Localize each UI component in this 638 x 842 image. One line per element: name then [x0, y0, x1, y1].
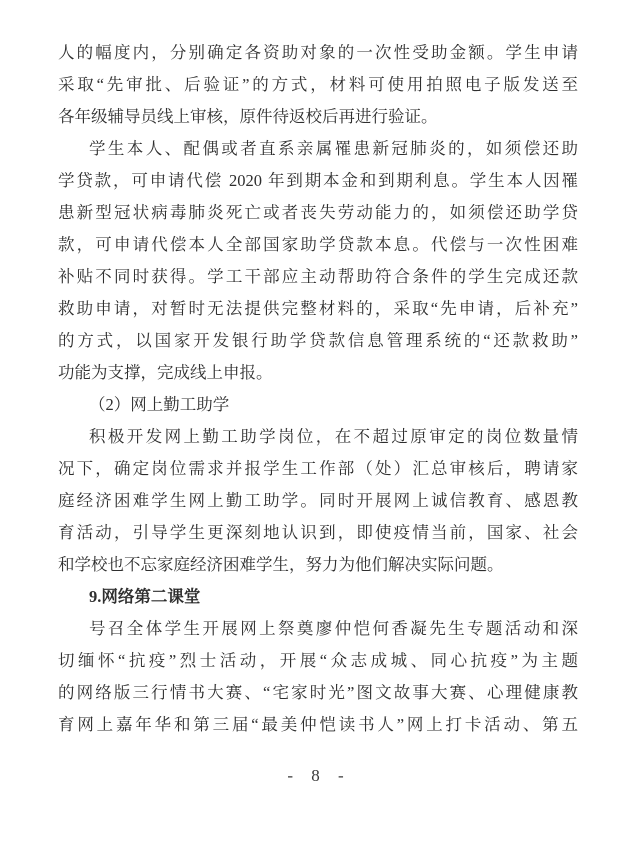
text-line: 款，可申请代偿本人全部国家助学贷款本息。代偿与一次性困难	[58, 229, 578, 261]
text-line: 的网络版三行情书大赛、“宅家时光”图文故事大赛、心理健康教	[58, 677, 578, 709]
text-line: 人的幅度内，分别确定各资助对象的一次性受助金额。学生申请	[58, 37, 578, 69]
document-text-block: 人的幅度内，分别确定各资助对象的一次性受助金额。学生申请采取“先审批、后验证”的…	[58, 37, 578, 741]
text-line: 患新型冠状病毒肺炎死亡或者丧失劳动能力的，如须偿还助学贷	[58, 197, 578, 229]
page-number: - 8 -	[287, 766, 350, 785]
text-line: 学贷款，可申请代偿 2020 年到期本金和到期利息。学生本人因罹	[58, 165, 578, 197]
text-line: 学生本人、配偶或者直系亲属罹患新冠肺炎的，如须偿还助	[58, 133, 578, 165]
text-line: 号召全体学生开展网上祭奠廖仲恺何香凝先生专题活动和深	[58, 613, 578, 645]
text-line: 育活动，引导学生更深刻地认识到，即使疫情当前，国家、社会	[58, 517, 578, 549]
section-heading-line: 9.网络第二课堂	[58, 581, 578, 613]
document-page: 人的幅度内，分别确定各资助对象的一次性受助金额。学生申请采取“先审批、后验证”的…	[0, 0, 638, 842]
text-line: 切缅怀“抗疫”烈士活动，开展“众志成城、同心抗疫”为主题	[58, 645, 578, 677]
text-line: 庭经济困难学生网上勤工助学。同时开展网上诚信教育、感恩教	[58, 485, 578, 517]
text-line: 救助申请，对暂时无法提供完整材料的，采取“先申请，后补充”	[58, 293, 578, 325]
text-line: 况下，确定岗位需求并报学生工作部（处）汇总审核后，聘请家	[58, 453, 578, 485]
text-line: 补贴不同时获得。学工干部应主动帮助符合条件的学生完成还款	[58, 261, 578, 293]
page-footer: - 8 -	[0, 763, 638, 789]
text-line: 各年级辅导员线上审核，原件待返校后再进行验证。	[58, 101, 578, 133]
text-line: 和学校也不忘家庭经济困难学生，努力为他们解决实际问题。	[58, 549, 578, 581]
text-line: 的方式，以国家开发银行助学贷款信息管理系统的“还款救助”	[58, 325, 578, 357]
text-line: 采取“先审批、后验证”的方式，材料可使用拍照电子版发送至	[58, 69, 578, 101]
text-line: 功能为支撑，完成线上申报。	[58, 357, 578, 389]
text-line: 育网上嘉年华和第三届“最美仲恺读书人”网上打卡活动、第五	[58, 709, 578, 741]
text-line: （2）网上勤工助学	[58, 389, 578, 421]
text-line: 积极开发网上勤工助学岗位，在不超过原审定的岗位数量情	[58, 421, 578, 453]
